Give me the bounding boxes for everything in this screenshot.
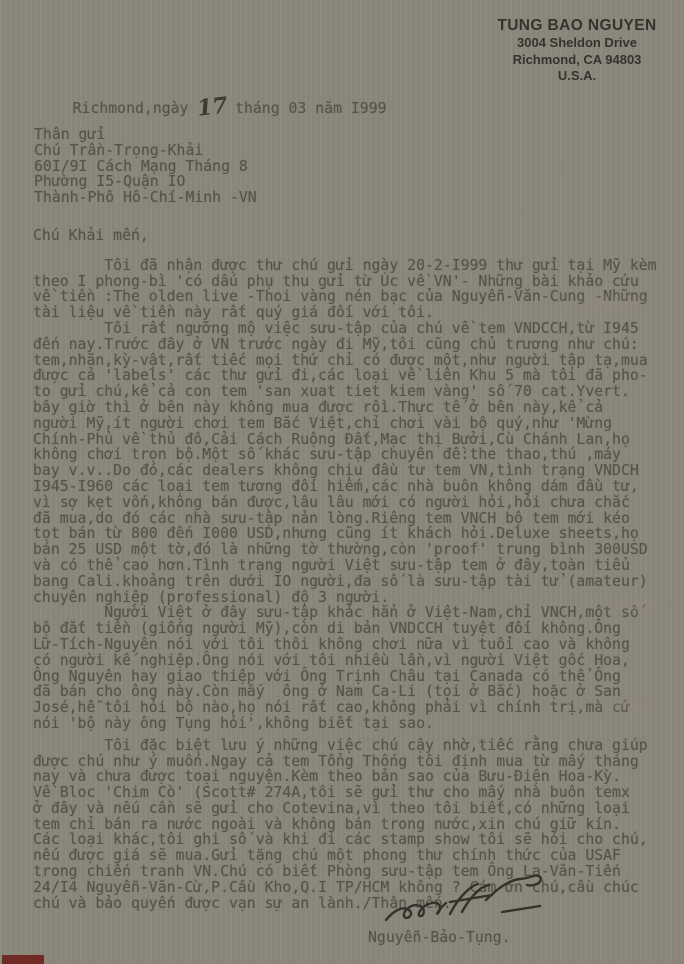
paragraph-4: Tôi đặc biệt lưu ý những việc chú cậy nh…	[33, 738, 678, 912]
handwritten-day: 17	[197, 100, 229, 114]
recipient-address: Thân gửi Chú Trần-Trọng-Khải 60I/9I Cách…	[34, 127, 257, 206]
paragraph-1: Tôi đã nhận được thư chú gửi ngày 20-2-I…	[33, 258, 678, 321]
signature-scribble-icon	[380, 872, 580, 932]
red-edge-mark	[2, 955, 44, 964]
letterhead-country: U.S.A.	[470, 68, 684, 85]
letterhead: TUNG BAO NGUYEN 3004 Sheldon Drive Richm…	[470, 17, 684, 85]
letterhead-city: Richmond, CA 94803	[470, 52, 684, 69]
typed-signature-name: Nguyễn-Bảo-Tụng.	[368, 930, 511, 946]
letterhead-street: 3004 Sheldon Drive	[470, 35, 684, 52]
letterhead-name: TUNG BAO NGUYEN	[470, 17, 684, 35]
letter-page: TUNG BAO NGUYEN 3004 Sheldon Drive Richm…	[0, 0, 684, 964]
paragraph-3: Người Việt ở đây sưu-tập khác hẳn ở Việt…	[33, 605, 678, 731]
letter-body: Chú Khải mến, Tôi đã nhận được thư chú g…	[33, 228, 678, 911]
date-typed-suffix: tháng 03 năm I999	[235, 100, 386, 117]
date-typed-prefix: Richmond,ngày	[73, 100, 189, 117]
signature	[380, 872, 580, 932]
salutation: Chú Khải mến,	[33, 228, 678, 244]
paragraph-2: Tôi rất ngưỡng mộ việc sưu-tập của chú v…	[33, 321, 678, 605]
